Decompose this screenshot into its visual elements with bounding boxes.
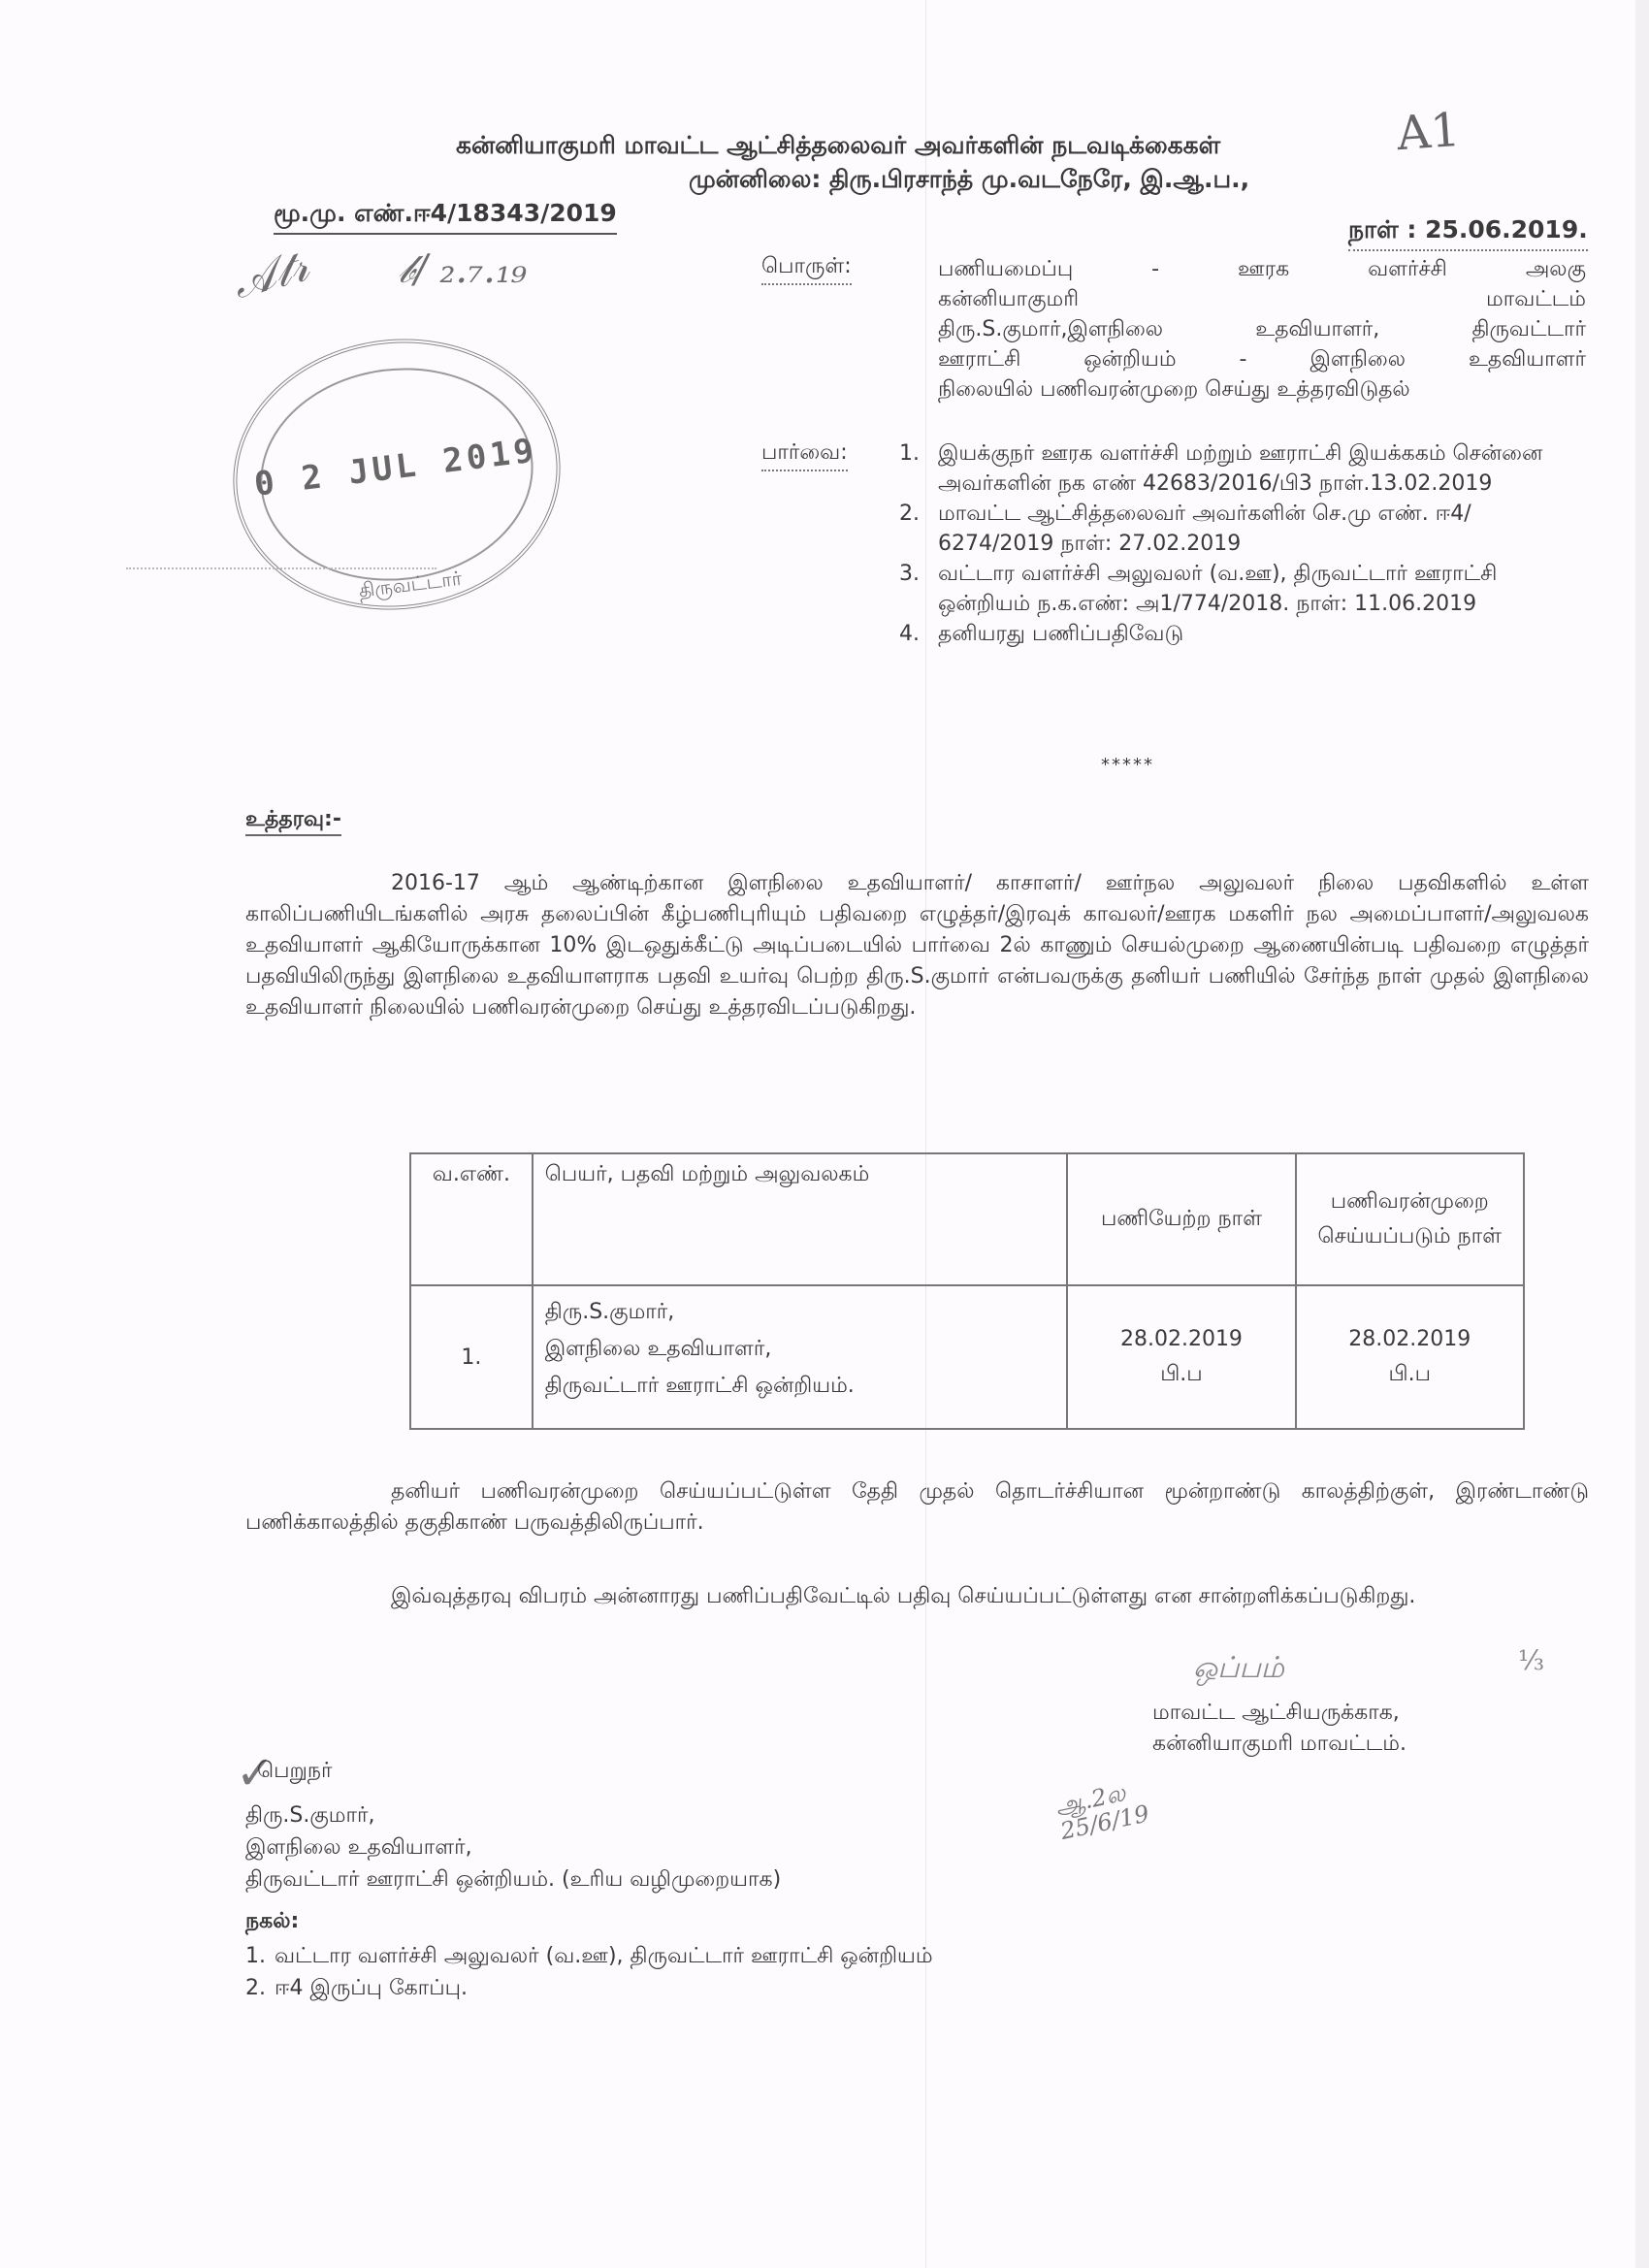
copy-number: 1.	[245, 1940, 275, 1972]
page-edge	[1635, 0, 1649, 2268]
table-header-row: வ.எண். பெயர், பதவி மற்றும் அலுவலகம் பணிய…	[410, 1153, 1524, 1285]
references-label: பார்வை:	[761, 440, 848, 471]
header-joining-date: பணியேற்ற நாள்	[1067, 1153, 1295, 1285]
reference-item: 1.இயக்குநர் ஊரக வளர்ச்சி மற்றும் ஊராட்சி…	[899, 438, 1586, 499]
cell-serial-no: 1.	[410, 1285, 533, 1429]
order-paragraph-3-text: இவ்வுத்தரவு விபரம் அன்னாரது பணிப்பதிவேட்…	[391, 1584, 1415, 1608]
references-list: 1.இயக்குநர் ஊரக வளர்ச்சி மற்றும் ஊராட்சி…	[899, 438, 1586, 649]
collector-signature: ஒப்பம்	[1193, 1651, 1284, 1689]
reference-item: 2.மாவட்ட ஆட்சித்தலைவர் அவர்களின் செ.மு எ…	[899, 499, 1586, 559]
order-date: நாள் : 25.06.2019.	[1348, 215, 1588, 251]
recipient-line: திருவட்டார் ஊராட்சி ஒன்றியம். (உரிய வழிம…	[245, 1863, 781, 1895]
handwritten-initials-icon: 𝒷/ ₂.₇.₁₉	[398, 247, 527, 292]
signoff-block: மாவட்ட ஆட்சியருக்காக, கன்னியாகுமரி மாவட்…	[1152, 1698, 1406, 1760]
regularisation-table: வ.எண். பெயர், பதவி மற்றும் அலுவலகம் பணிய…	[409, 1152, 1525, 1430]
employee-post: இளநிலை உதவியாளர்,	[545, 1331, 1055, 1368]
regularisation-date: 28.02.2019	[1309, 1322, 1512, 1357]
subject-line: பணியமைப்பு - ஊரக வளர்ச்சி அலகு	[938, 254, 1586, 284]
copy-number: 2.	[245, 1972, 275, 2004]
signoff-line-2: கன்னியாகுமரி மாவட்டம்.	[1152, 1729, 1406, 1760]
order-paragraph-1: 2016-17 ஆம் ஆண்டிற்கான இளநிலை உதவியாளர்/…	[245, 868, 1589, 1023]
order-label: உத்தரவு:-	[245, 807, 341, 836]
paper-fold-line	[925, 0, 926, 2268]
reference-number: 4.	[899, 619, 938, 649]
received-stamp: 0 2 JUL 2019 திருவட்டார்	[217, 320, 575, 628]
table-row: 1. திரு.S.குமார், இளநிலை உதவியாளர், திரு…	[410, 1285, 1524, 1429]
header-serial-no: வ.எண்.	[410, 1153, 533, 1285]
employee-name: திரு.S.குமார்,	[545, 1294, 1055, 1331]
copy-text: ஈ4 இருப்பு கோப்பு.	[275, 1976, 468, 2000]
reference-number: 3.	[899, 559, 938, 619]
employee-office: திருவட்டார் ஊராட்சி ஒன்றியம்.	[545, 1368, 1055, 1405]
order-paragraph-3: இவ்வுத்தரவு விபரம் அன்னாரது பணிப்பதிவேட்…	[245, 1581, 1589, 1612]
subject-line: திரு.S.குமார்,இளநிலை உதவியாளர், திருவட்ட…	[938, 314, 1586, 344]
cell-name-post-office: திரு.S.குமார், இளநிலை உதவியாளர், திருவட்…	[533, 1285, 1068, 1429]
reference-item: 3.வட்டார வளர்ச்சி அலுவலர் (வ.ஊ), திருவட்…	[899, 559, 1586, 619]
joining-date: 28.02.2019	[1080, 1322, 1282, 1357]
signature-mark-icon: ⅓	[1518, 1644, 1544, 1676]
reference-number: 1.	[899, 438, 938, 499]
copy-text: வட்டார வளர்ச்சி அலுவலர் (வ.ஊ), திருவட்டா…	[275, 1944, 933, 1968]
subject-line: நிலையில் பணிவரன்முறை செய்து உத்தரவிடுதல்	[938, 374, 1586, 405]
order-paragraph-2-text: தனியர் பணிவரன்முறை செய்யப்பட்டுள்ள தேதி …	[245, 1479, 1589, 1535]
cell-joining-date: 28.02.2019 பி.ப	[1067, 1285, 1295, 1429]
reference-text: மாவட்ட ஆட்சித்தலைவர் அவர்களின் செ.மு எண்…	[938, 499, 1586, 559]
office-title: கன்னியாகுமரி மாவட்ட ஆட்சித்தலைவர் அவர்கள…	[456, 131, 1426, 163]
handwritten-mark: A1	[1395, 103, 1462, 161]
header-name-post-office: பெயர், பதவி மற்றும் அலுவலகம்	[533, 1153, 1068, 1285]
copy-list: 1.வட்டார வளர்ச்சி அலுவலர் (வ.ஊ), திருவட்…	[245, 1940, 933, 2004]
header-regularisation-date: பணிவரன்முறை செய்யப்படும் நாள்	[1296, 1153, 1525, 1285]
regularisation-session: பி.ப	[1309, 1357, 1512, 1392]
reference-text: வட்டார வளர்ச்சி அலுவலர் (வ.ஊ), திருவட்டா…	[938, 559, 1586, 619]
handwritten-initials-date: ஆ.2ல 25/6/19	[1053, 1776, 1151, 1844]
reference-number: மூ.மு. எண்.ஈ4/18343/2019	[274, 199, 617, 235]
recipient-address: திரு.S.குமார், இளநிலை உதவியாளர், திருவட்…	[245, 1799, 781, 1895]
reference-text: இயக்குநர் ஊரக வளர்ச்சி மற்றும் ஊராட்சி இ…	[938, 438, 1586, 499]
handwritten-signature-icon: 𝒜𝓉𝓇	[227, 239, 314, 310]
subject-line: கன்னியாகுமரி மாவட்டம்	[938, 284, 1586, 314]
recipient-line: திரு.S.குமார்,	[245, 1799, 781, 1831]
copy-label: நகல்:	[245, 1909, 299, 1936]
subject-text: பணியமைப்பு - ஊரக வளர்ச்சி அலகு கன்னியாகு…	[938, 254, 1586, 405]
dotted-divider	[126, 567, 436, 569]
subject-line: ஊராட்சி ஒன்றியம் - இளநிலை உதவியாளர்	[938, 344, 1586, 374]
recipient-label: பெறுநர்	[257, 1759, 333, 1786]
reference-number: 2.	[899, 499, 938, 559]
reference-item: 4.தனியரது பணிப்பதிவேடு	[899, 619, 1586, 649]
order-paragraph-2: தனியர் பணிவரன்முறை செய்யப்பட்டுள்ள தேதி …	[245, 1476, 1589, 1539]
joining-session: பி.ப	[1080, 1357, 1282, 1392]
signoff-line-1: மாவட்ட ஆட்சியருக்காக,	[1152, 1698, 1406, 1729]
order-paragraph-1-text: 2016-17 ஆம் ஆண்டிற்கான இளநிலை உதவியாளர்/…	[245, 871, 1589, 1020]
copy-item: 2.ஈ4 இருப்பு கோப்பு.	[245, 1972, 933, 2004]
subject-label: பொருள்:	[761, 254, 852, 285]
cell-regularisation-date: 28.02.2019 பி.ப	[1296, 1285, 1525, 1429]
reference-text: தனியரது பணிப்பதிவேடு	[938, 619, 1586, 649]
presiding-officer: முன்னிலை: திரு.பிரசாந்த் மு.வடநேரே, இ.ஆ.…	[689, 165, 1465, 197]
recipient-line: இளநிலை உதவியாளர்,	[245, 1831, 781, 1863]
copy-item: 1.வட்டார வளர்ச்சி அலுவலர் (வ.ஊ), திருவட்…	[245, 1940, 933, 1972]
section-separator: *****	[1101, 755, 1154, 775]
